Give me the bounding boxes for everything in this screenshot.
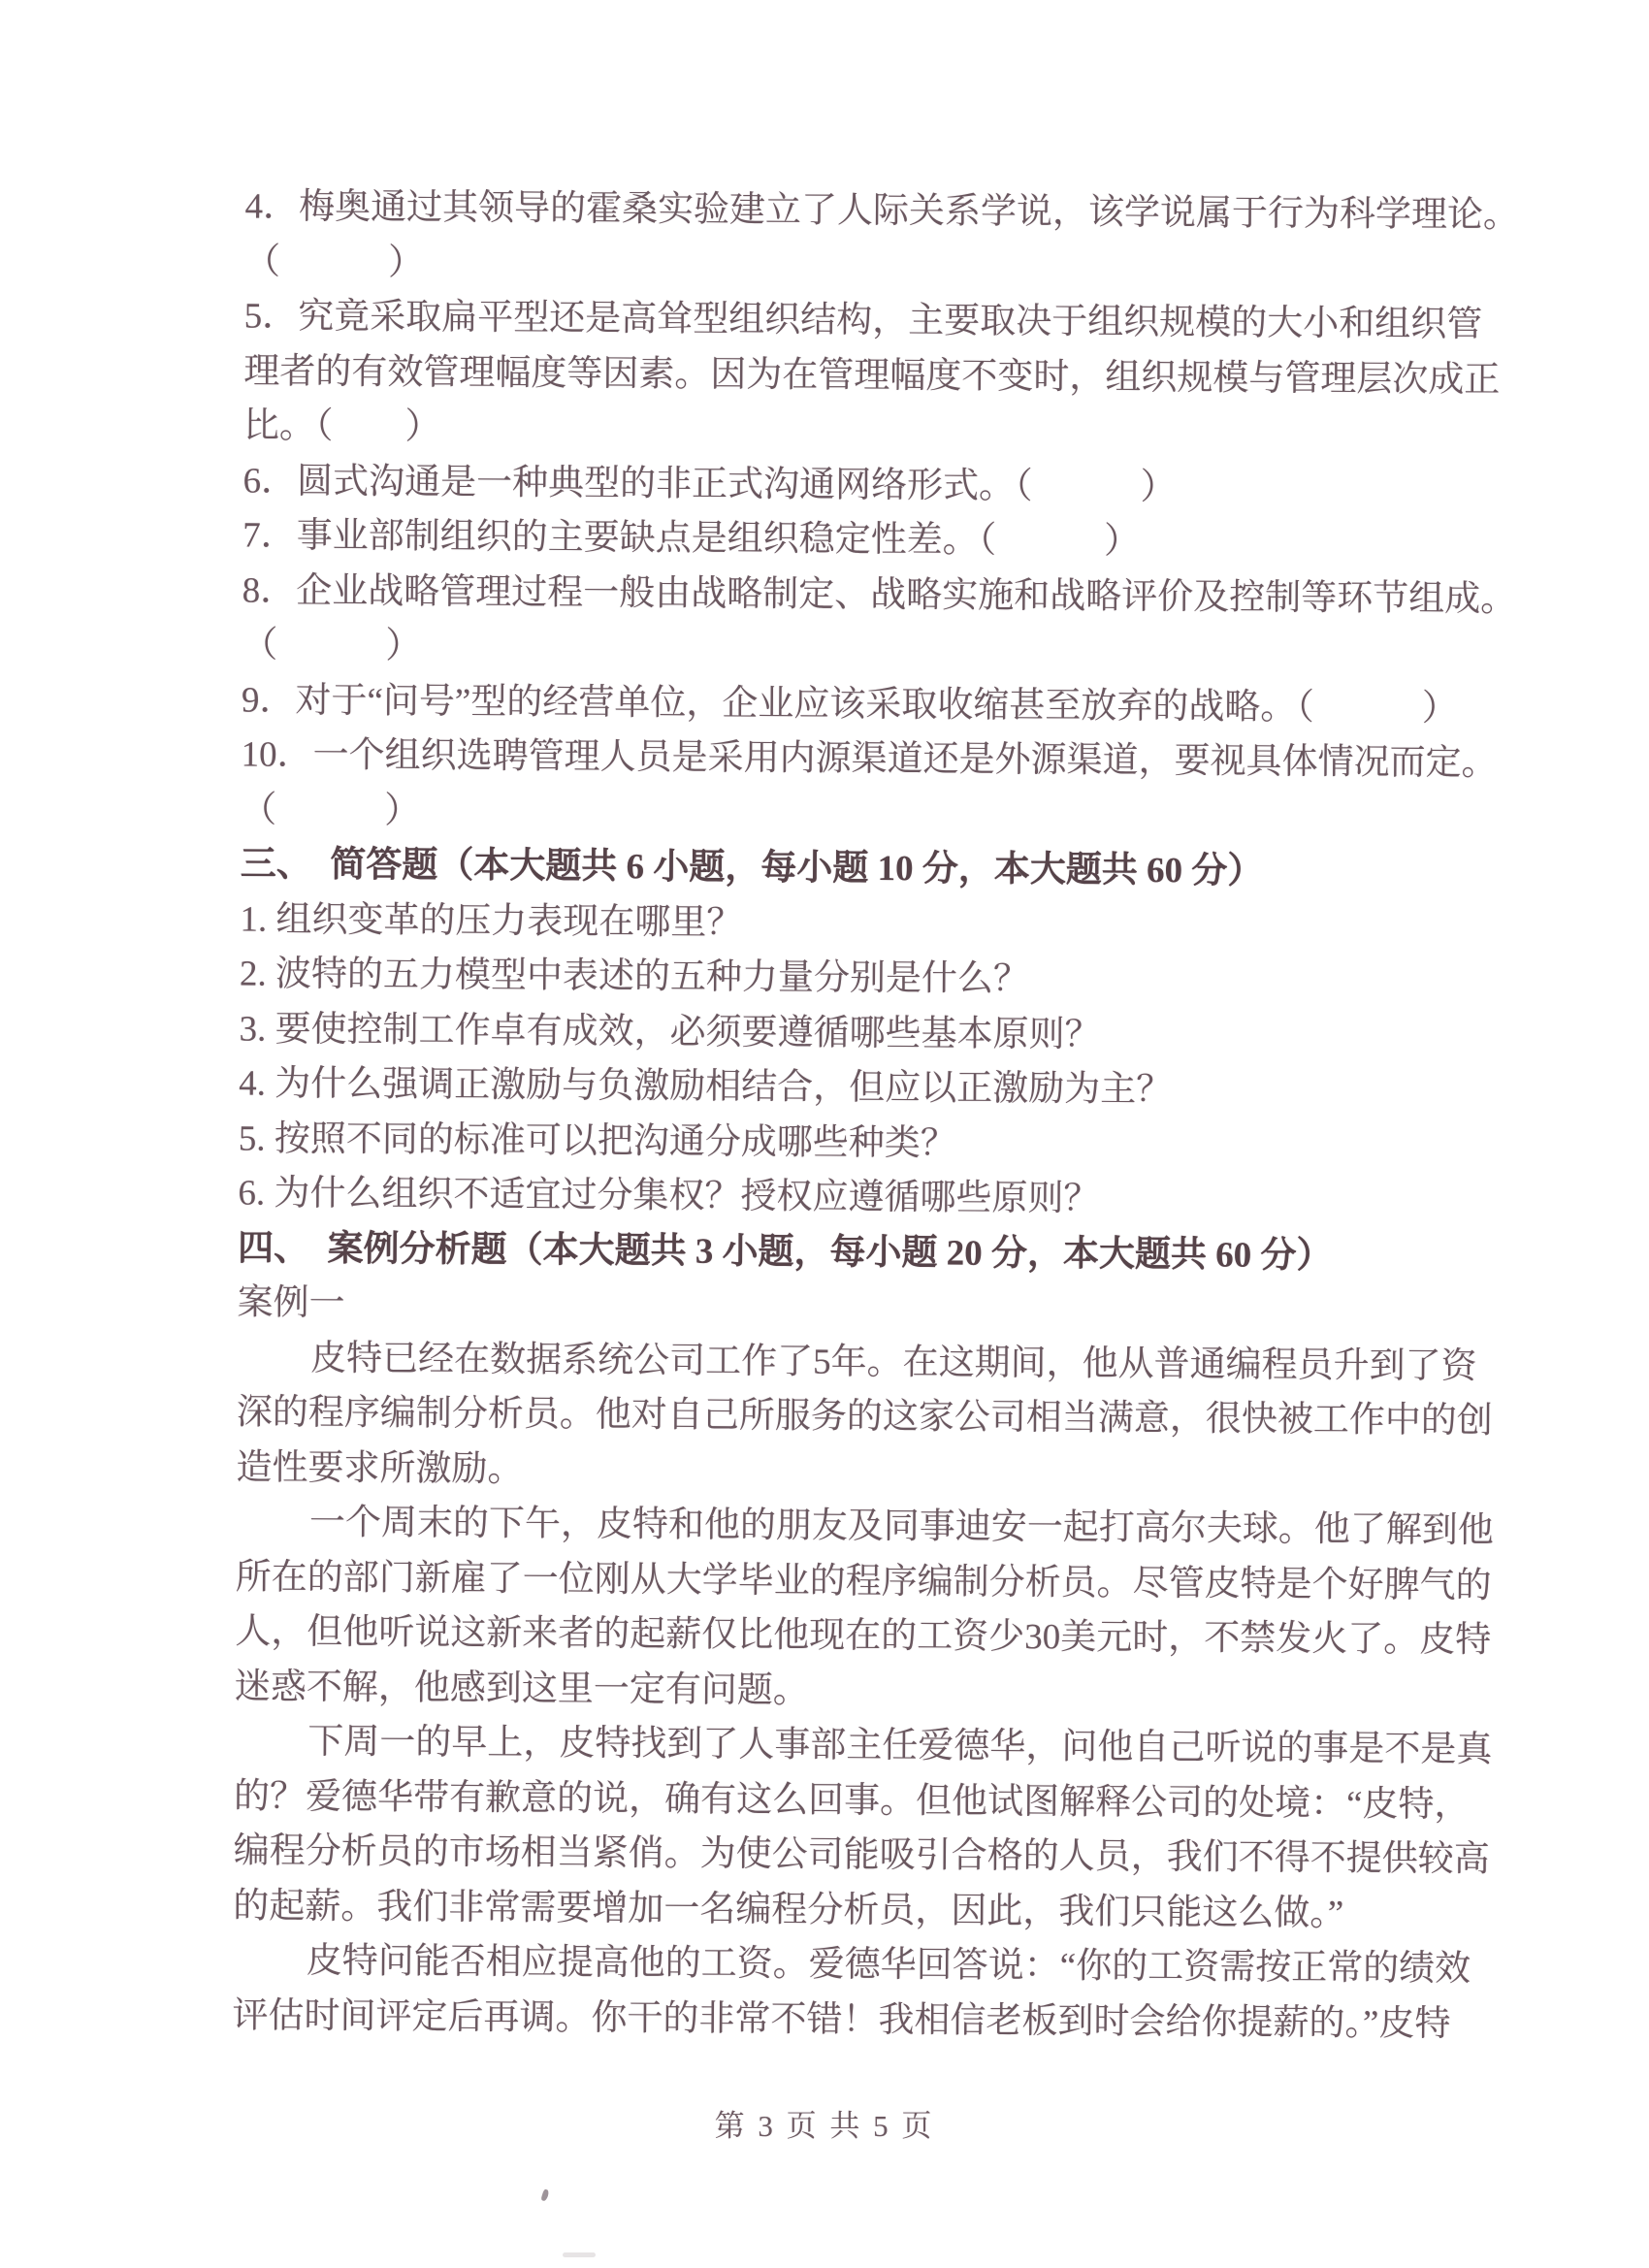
scanned-exam-page: 4．梅奥通过其领导的霍桑实验建立了人际关系学说，该学说属于行为科学理论。 （ ）… xyxy=(0,0,1649,2268)
short-answer-question: 6. 为什么组织不适宜过分集权？授权应遵循哪些原则？ xyxy=(238,1166,1499,1230)
case-paragraph-line: 皮特已经在数据系统公司工作了5年。在这期间，他从普通编程员升到了资 xyxy=(237,1331,1498,1395)
section-heading-case-analysis: 四、 案例分析题（本大题共 3 小题，每小题 20 分，本大题共 60 分） xyxy=(238,1221,1499,1285)
short-answer-question: 4. 为什么强调正激励与负激励相结合，但应以正激励为主？ xyxy=(239,1056,1500,1120)
tf-answer-blank: （ ） xyxy=(244,235,1505,299)
case-paragraph-line: 深的程序编制分析员。他对自己所服务的这家公司相当满意，很快被工作中的创 xyxy=(237,1385,1498,1449)
short-answer-question: 3. 要使控制工作卓有成效，必须要遵循哪些基本原则？ xyxy=(239,1002,1500,1066)
section-heading-short-answer: 三、 简答题（本大题共 6 小题，每小题 10 分，本大题共 60 分） xyxy=(241,837,1502,901)
case-paragraph-line: 一个周末的下午，皮特和他的朋友及同事迪安一起打高尔夫球。他了解到他 xyxy=(236,1495,1497,1559)
case-paragraph-line: 迷惑不解，他感到这里一定有问题。 xyxy=(235,1660,1496,1724)
tf-item-line: 7．事业部制组织的主要缺点是组织稳定性差。（ ） xyxy=(242,508,1503,572)
case-paragraph-line: 下周一的早上，皮特找到了人事部主任爱德华，问他自己听说的事是不是真 xyxy=(234,1714,1495,1778)
tf-item-line: 10．一个组织选聘管理人员是采用内源渠道还是外源渠道，要视具体情况而定。 xyxy=(241,728,1502,792)
short-answer-question: 2. 波特的五力模型中表述的五种力量分别是什么？ xyxy=(240,947,1501,1011)
scan-speck xyxy=(540,2188,549,2201)
tf-item-line: 6．圆式沟通是一种典型的非正式沟通网络形式。（ ） xyxy=(242,454,1503,518)
short-answer-question: 1. 组织变革的压力表现在哪里？ xyxy=(240,892,1501,956)
tf-item-line: 9．对于“问号”型的经营单位，企业应该采取收缩甚至放弃的战略。（ ） xyxy=(242,673,1503,737)
case-paragraph-line: 人，但他听说这新来者的起薪仅比他现在的工资少30美元时，不禁发火了。皮特 xyxy=(235,1604,1496,1669)
case-paragraph-line: 的？爱德华带有歉意的说，确有这么回事。但他试图解释公司的处境：“皮特， xyxy=(234,1769,1495,1833)
case-paragraph-line: 所在的部门新雇了一位刚从大学毕业的程序编制分析员。尽管皮特是个好脾气的 xyxy=(235,1550,1496,1614)
scan-smudge xyxy=(563,2252,596,2257)
case-paragraph-line: 评估时间评定后再调。你干的非常不错！我相信老板到时会给你提薪的。”皮特 xyxy=(232,1989,1493,2053)
tf-item-line: 理者的有效管理幅度等因素。因为在管理幅度不变时，组织规模与管理层次成正 xyxy=(243,344,1504,408)
short-answer-question: 5. 按照不同的标准可以把沟通分成哪些种类？ xyxy=(239,1112,1500,1176)
case-paragraph-line: 造性要求所激励。 xyxy=(236,1441,1497,1505)
case-paragraph-line: 的起薪。我们非常需要增加一名编程分析员，因此，我们只能这么做。” xyxy=(233,1879,1494,1943)
page-footer: 第 3 页 共 5 页 xyxy=(0,2101,1649,2145)
case-paragraph-line: 编程分析员的市场相当紧俏。为使公司能吸引合格的人员，我们不得不提供较高 xyxy=(233,1824,1494,1888)
tf-item-line: 4．梅奥通过其领导的霍桑实验建立了人际关系学说，该学说属于行为科学理论。 xyxy=(244,179,1505,243)
tf-answer-blank: （ ） xyxy=(242,618,1503,682)
case-paragraph-line: 皮特问能否相应提高他的工资。爱德华回答说：“你的工资需按正常的绩效 xyxy=(233,1933,1494,1997)
tf-item-line: 5．究竟采取扁平型还是高耸型组织结构，主要取决于组织规模的大小和组织管 xyxy=(244,289,1505,353)
tf-answer-blank: （ ） xyxy=(241,783,1502,847)
tf-item-line: 8．企业战略管理过程一般由战略制定、战略实施和战略评价及控制等环节组成。 xyxy=(242,564,1503,628)
case-label: 案例一 xyxy=(237,1276,1498,1340)
page-body-text: 4．梅奥通过其领导的霍桑实验建立了人际关系学说，该学说属于行为科学理论。 （ ）… xyxy=(232,179,1505,2052)
tf-answer-blank: 比。（ ） xyxy=(243,399,1504,463)
